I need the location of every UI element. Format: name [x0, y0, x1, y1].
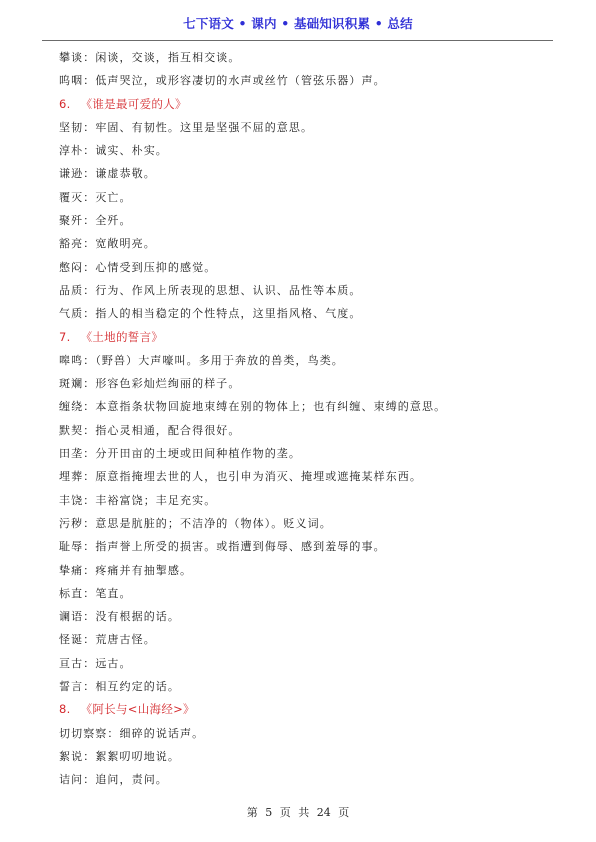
entry-term: 坚韧 [59, 121, 83, 134]
entry-definition: 远古。 [95, 657, 131, 670]
entry-term: 谦逊 [59, 167, 83, 180]
entry-definition: 指声誉上所受的损害。或指遭到侮辱、感到羞辱的事。 [95, 540, 385, 553]
entry-definition: 没有根据的话。 [95, 610, 180, 623]
entry-term: 谰语 [59, 610, 83, 623]
entry-definition: 宽敞明亮。 [95, 237, 156, 250]
entry-colon: ： [83, 354, 95, 367]
entry-term: 淳朴 [59, 144, 83, 157]
entry-colon: ： [83, 237, 95, 250]
entry-term: 呜咽 [59, 74, 83, 87]
entry-term: 埋葬 [59, 470, 83, 483]
entry-definition: （野兽）大声嚎叫。多用于奔放的兽类，鸟类。 [95, 354, 344, 367]
entry-colon: ： [83, 494, 95, 507]
entry-definition: 指人的相当稳定的个性特点，这里指风格、气度。 [95, 307, 361, 320]
vocabulary-entry: 诘问：追问，责问。 [59, 768, 559, 791]
entry-colon: ： [83, 610, 95, 623]
entry-term: 亘古 [59, 657, 83, 670]
section-title: 《谁是最可爱的人》 [81, 97, 187, 111]
entry-colon: ： [83, 633, 95, 646]
vocabulary-entry: 田垄：分开田亩的土埂或田间种植作物的垄。 [59, 442, 559, 465]
entry-colon: ： [83, 214, 95, 227]
vocabulary-entry: 谰语：没有根据的话。 [59, 605, 559, 628]
entry-colon: ： [83, 191, 95, 204]
entry-term: 斑斓 [59, 377, 83, 390]
entry-definition: 行为、作风上所表现的思想、认识、品性等本质。 [95, 284, 361, 297]
entry-definition: 丰裕富饶；丰足充实。 [95, 494, 216, 507]
entry-term: 默契 [59, 424, 83, 437]
section-number: 6. [59, 97, 71, 111]
entry-term: 豁亮 [59, 237, 83, 250]
vocabulary-entry: 耻辱：指声誉上所受的损害。或指遭到侮辱、感到羞辱的事。 [59, 535, 559, 558]
entry-term: 誓言 [59, 680, 83, 693]
entry-term: 田垄 [59, 447, 83, 460]
entry-definition: 疼痛并有抽掣感。 [95, 564, 192, 577]
page-footer: 第 5 页 共 24 页 [0, 804, 596, 820]
entry-colon: ： [83, 144, 95, 157]
vocabulary-entry: 品质：行为、作风上所表现的思想、认识、品性等本质。 [59, 279, 559, 302]
entry-colon: ： [83, 167, 95, 180]
entry-term: 覆灭 [59, 191, 83, 204]
vocabulary-entry: 攀谈：闲谈，交谈，指互相交谈。 [59, 46, 559, 69]
entry-term: 聚歼 [59, 214, 83, 227]
entry-term: 切切察察 [59, 727, 107, 740]
entry-colon: ： [83, 447, 95, 460]
entry-term: 丰饶 [59, 494, 83, 507]
vocabulary-entry: 谦逊：谦虚恭敬。 [59, 162, 559, 185]
entry-definition: 闲谈，交谈，指互相交谈。 [95, 51, 240, 64]
vocabulary-entry: 标直：笔直。 [59, 582, 559, 605]
entry-colon: ： [83, 470, 95, 483]
entry-colon: ： [83, 657, 95, 670]
vocabulary-entry: 淳朴：诚实、朴实。 [59, 139, 559, 162]
entry-colon: ： [83, 400, 95, 413]
vocabulary-entry: 亘古：远古。 [59, 652, 559, 675]
entry-term: 憋闷 [59, 261, 83, 274]
entry-colon: ： [83, 284, 95, 297]
entry-colon: ： [83, 587, 95, 600]
section-number: 7. [59, 330, 71, 344]
vocabulary-entry: 聚歼：全歼。 [59, 209, 559, 232]
entry-definition: 原意指掩埋去世的人，也引申为消灭、掩埋或遮掩某样东西。 [95, 470, 422, 483]
entry-colon: ： [83, 74, 95, 87]
entry-term: 气质 [59, 307, 83, 320]
entry-term: 缠绕 [59, 400, 83, 413]
entry-colon: ： [107, 727, 119, 740]
vocabulary-entry: 斑斓：形容色彩灿烂绚丽的样子。 [59, 372, 559, 395]
section-number: 8. [59, 702, 71, 716]
vocabulary-entry: 缠绕：本意指条状物回旋地束缚在别的物体上；也有纠缠、束缚的意思。 [59, 395, 559, 418]
entry-colon: ： [83, 307, 95, 320]
section-heading: 7.《土地的誓言》 [59, 326, 559, 349]
document-body: 攀谈：闲谈，交谈，指互相交谈。呜咽：低声哭泣，或形容凄切的水声或丝竹（管弦乐器）… [59, 46, 559, 792]
vocabulary-entry: 豁亮：宽敞明亮。 [59, 232, 559, 255]
section-heading: 6.《谁是最可爱的人》 [59, 93, 559, 116]
entry-definition: 牢固、有韧性。这里是坚强不屈的意思。 [95, 121, 313, 134]
entry-definition: 意思是肮脏的；不洁净的（物体）。贬义词。 [95, 517, 332, 530]
entry-term: 挚痛 [59, 564, 83, 577]
entry-definition: 细碎的说话声。 [120, 727, 205, 740]
section-title: 《阿长与<山海经>》 [81, 702, 195, 716]
vocabulary-entry: 默契：指心灵相通，配合得很好。 [59, 419, 559, 442]
vocabulary-entry: 挚痛：疼痛并有抽掣感。 [59, 559, 559, 582]
vocabulary-entry: 誓言：相互约定的话。 [59, 675, 559, 698]
vocabulary-entry: 怪诞：荒唐古怪。 [59, 628, 559, 651]
vocabulary-entry: 污秽：意思是肮脏的；不洁净的（物体）。贬义词。 [59, 512, 559, 535]
entry-term: 怪诞 [59, 633, 83, 646]
vocabulary-entry: 呜咽：低声哭泣，或形容凄切的水声或丝竹（管弦乐器）声。 [59, 69, 559, 92]
entry-colon: ： [83, 540, 95, 553]
vocabulary-entry: 坚韧：牢固、有韧性。这里是坚强不屈的意思。 [59, 116, 559, 139]
entry-colon: ： [83, 564, 95, 577]
section-title: 《土地的誓言》 [81, 330, 164, 344]
entry-term: 嗥鸣 [59, 354, 83, 367]
entry-definition: 笔直。 [95, 587, 131, 600]
entry-colon: ： [83, 424, 95, 437]
vocabulary-entry: 埋葬：原意指掩埋去世的人，也引申为消灭、掩埋或遮掩某样东西。 [59, 465, 559, 488]
entry-definition: 相互约定的话。 [95, 680, 180, 693]
entry-term: 标直 [59, 587, 83, 600]
vocabulary-entry: 丰饶：丰裕富饶；丰足充实。 [59, 489, 559, 512]
entry-colon: ： [83, 773, 95, 786]
entry-definition: 追问，责问。 [95, 773, 168, 786]
vocabulary-entry: 憋闷：心情受到压抑的感觉。 [59, 256, 559, 279]
vocabulary-entry: 嗥鸣：（野兽）大声嚎叫。多用于奔放的兽类，鸟类。 [59, 349, 559, 372]
vocabulary-entry: 气质：指人的相当稳定的个性特点，这里指风格、气度。 [59, 302, 559, 325]
entry-colon: ： [83, 51, 95, 64]
entry-term: 攀谈 [59, 51, 83, 64]
entry-definition: 本意指条状物回旋地束缚在别的物体上；也有纠缠、束缚的意思。 [95, 400, 446, 413]
entry-colon: ： [83, 680, 95, 693]
vocabulary-entry: 覆灭：灭亡。 [59, 186, 559, 209]
entry-definition: 荒唐古怪。 [95, 633, 156, 646]
entry-definition: 心情受到压抑的感觉。 [95, 261, 216, 274]
entry-colon: ： [83, 121, 95, 134]
entry-term: 诘问 [59, 773, 83, 786]
section-heading: 8.《阿长与<山海经>》 [59, 698, 559, 721]
entry-definition: 灭亡。 [95, 191, 131, 204]
entry-colon: ： [83, 750, 95, 763]
vocabulary-entry: 絮说：絮絮叨叨地说。 [59, 745, 559, 768]
entry-term: 污秽 [59, 517, 83, 530]
entry-definition: 指心灵相通，配合得很好。 [95, 424, 240, 437]
entry-definition: 全歼。 [95, 214, 131, 227]
entry-definition: 谦虚恭敬。 [95, 167, 156, 180]
entry-definition: 分开田亩的土埂或田间种植作物的垄。 [95, 447, 301, 460]
entry-definition: 形容色彩灿烂绚丽的样子。 [95, 377, 240, 390]
entry-colon: ： [83, 517, 95, 530]
entry-definition: 絮絮叨叨地说。 [95, 750, 180, 763]
entry-term: 耻辱 [59, 540, 83, 553]
page-header-title: 七下语文 • 课内 • 基础知识积累 • 总结 [0, 14, 596, 32]
vocabulary-entry: 切切察察：细碎的说话声。 [59, 722, 559, 745]
entry-colon: ： [83, 377, 95, 390]
entry-term: 絮说 [59, 750, 83, 763]
entry-definition: 低声哭泣，或形容凄切的水声或丝竹（管弦乐器）声。 [95, 74, 385, 87]
entry-colon: ： [83, 261, 95, 274]
entry-term: 品质 [59, 284, 83, 297]
entry-definition: 诚实、朴实。 [95, 144, 168, 157]
header-divider [42, 40, 553, 41]
